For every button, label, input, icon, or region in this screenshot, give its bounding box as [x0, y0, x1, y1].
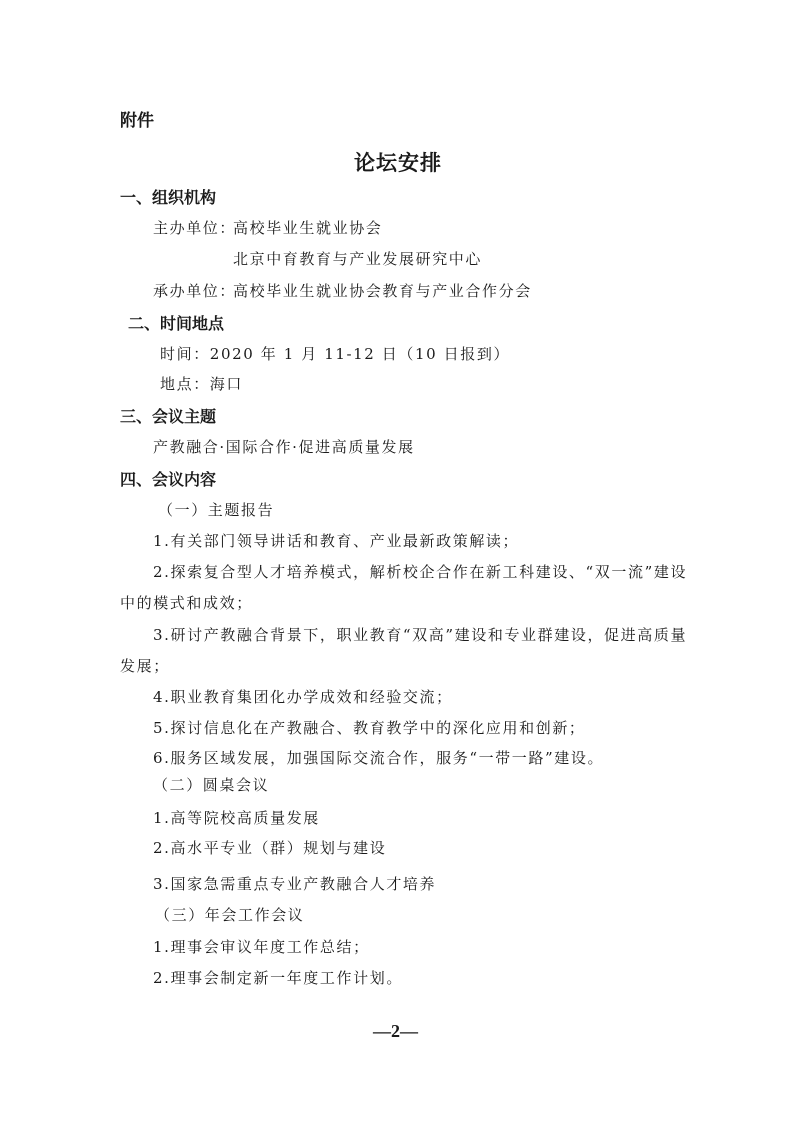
list-item: 3.研讨产教融合背景下，职业教育“双高”建设和专业群建设，促进高质量	[153, 624, 687, 645]
attachment-label: 附件	[120, 106, 154, 131]
host-label: 主办单位：	[153, 217, 236, 238]
list-item: 3.国家急需重点专业产教融合人才培养	[153, 873, 436, 894]
event-time: 时间：2020 年 1 月 11-12 日（10 日报到）	[160, 343, 510, 364]
section-heading-time-place: 二、时间地点	[128, 311, 224, 334]
subsection-title-keynote: （一）主题报告	[158, 499, 274, 520]
section-heading-content: 四、会议内容	[120, 467, 216, 490]
list-item: 1.高等院校高质量发展	[153, 807, 320, 828]
section-heading-org: 一、组织机构	[120, 185, 216, 208]
list-item: 1.理事会审议年度工作总结；	[153, 936, 370, 957]
list-item: 2.理事会制定新一年度工作计划。	[153, 967, 403, 988]
list-item: 2.探索复合型人才培养模式，解析校企合作在新工科建设、“双一流”建设	[153, 561, 687, 582]
host-1: 高校毕业生就业协会	[233, 217, 382, 238]
list-item-continuation: 中的模式和成效；	[120, 592, 253, 613]
page-number: —2—	[373, 1021, 418, 1042]
list-item: 6.服务区域发展，加强国际交流合作，服务“一带一路”建设。	[153, 747, 604, 768]
organizer: 高校毕业生就业协会教育与产业合作分会	[233, 280, 532, 301]
list-item: 2.高水平专业（群）规划与建设	[153, 837, 386, 858]
organizer-label: 承办单位：	[153, 280, 236, 301]
subsection-title-annual: （三）年会工作会议	[155, 904, 304, 925]
subsection-title-roundtable: （二）圆桌会议	[153, 774, 269, 795]
list-item: 4.职业教育集团化办学成效和经验交流；	[153, 686, 453, 707]
host-2: 北京中育教育与产业发展研究中心	[233, 248, 482, 269]
list-item-continuation: 发展；	[120, 655, 170, 676]
list-item: 1.有关部门领导讲话和教育、产业最新政策解读；	[153, 530, 519, 551]
section-heading-theme: 三、会议主题	[120, 404, 216, 427]
page-title: 论坛安排	[354, 147, 442, 177]
event-place: 地点：海口	[160, 373, 243, 394]
list-item: 5.探讨信息化在产教融合、教育教学中的深化应用和创新；	[153, 717, 586, 738]
theme-text: 产教融合·国际合作·促进高质量发展	[153, 436, 415, 457]
